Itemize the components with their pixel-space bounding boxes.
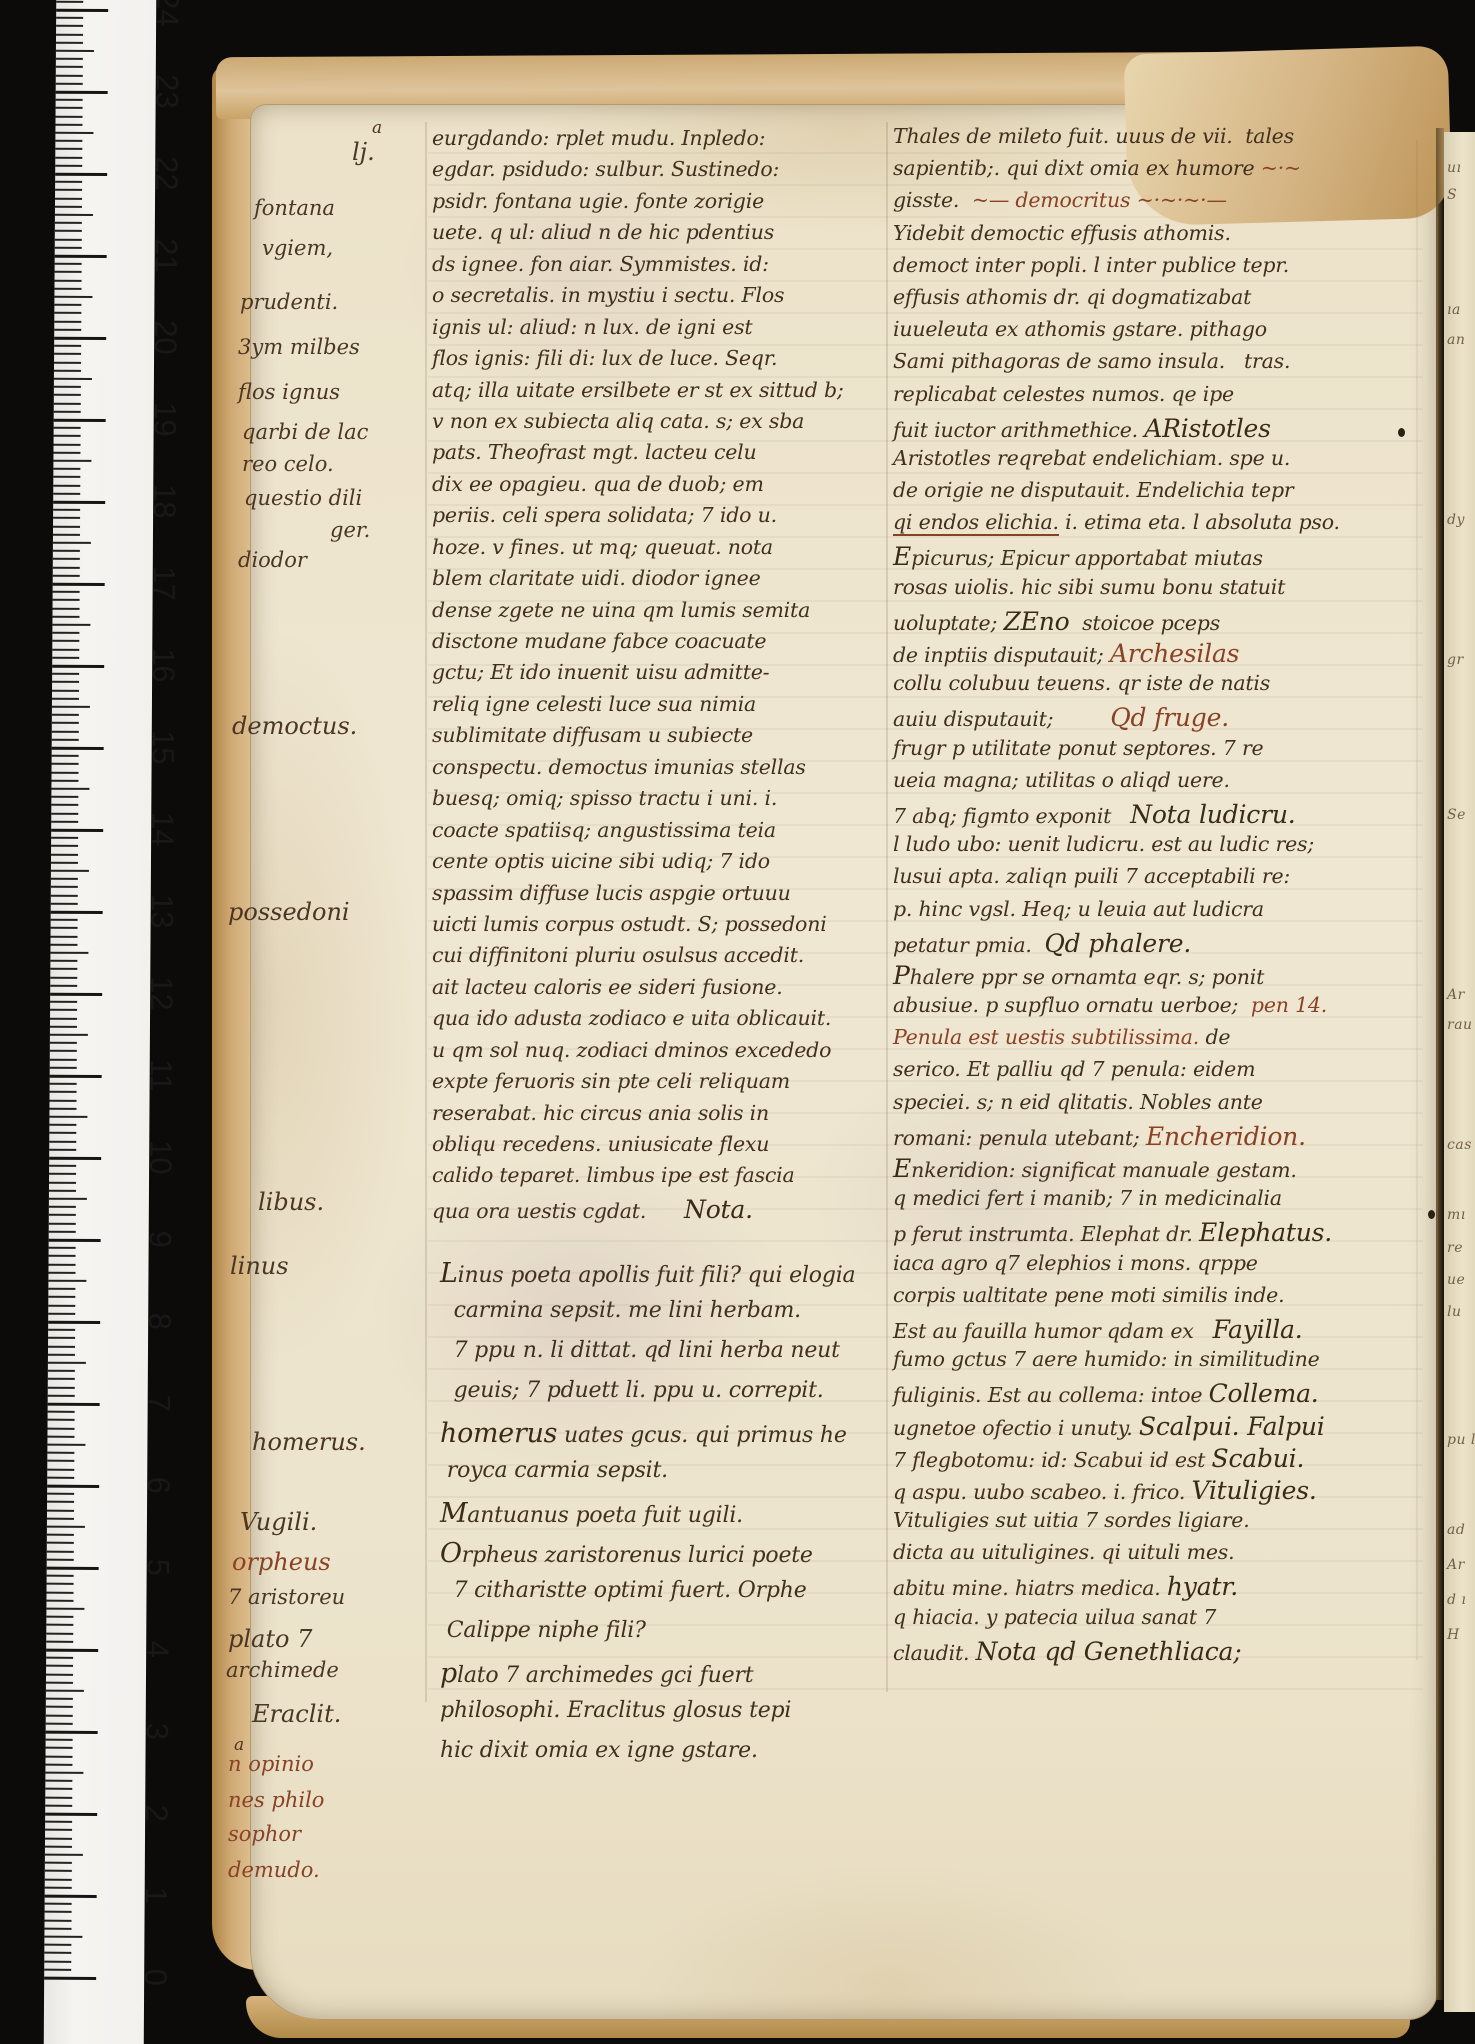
ruler-number: 11 [141,1052,181,1098]
ruler-tick [46,1665,73,1667]
ruler-tick [48,1378,75,1380]
ruler-tick [52,615,79,617]
manuscript-line: iaca agro q7 elephios i mons. qrppe [893,1251,1428,1283]
manuscript-text-segment: ugnetoe ofectio i unuty. [893,1416,1139,1440]
ruler-tick [45,1796,72,1798]
manuscript-text-segment: Nota. [684,1195,753,1224]
manuscript-text-segment: calido teparet. limbus ipe est fascia [432,1163,795,1187]
ruler-tick [48,1304,75,1306]
ruler-tick [54,345,81,347]
ruler-tick [56,115,83,117]
manuscript-line: dicta au uituligines. qi uituli mes. [893,1540,1428,1572]
manuscript-line: carmina sepsit. me lini herbam. [440,1298,892,1338]
ruler-tick [52,738,79,740]
manuscript-text-segment: E [893,1154,911,1183]
manuscript-text-segment: stoicoe pceps [1069,611,1220,635]
manuscript-text-segment: Elephatus. [1199,1218,1332,1247]
ruler-tick [55,206,82,208]
manuscript-text-segment: lato 7 archimedes gci fuert [457,1663,753,1688]
ruler-number: 20 [145,314,185,360]
ruler-tick [54,427,81,429]
manuscript-text-segment: claudit. [893,1641,976,1665]
manuscript-line: Thales de mileto fuit. uuus de vii. tale… [893,124,1428,156]
manuscript-line: p. hinc vgsl. Heq; u leuia aut ludicra [893,897,1428,929]
manuscript-line: ugnetoe ofectio i unuty. Scalpui. Falpui [893,1412,1428,1444]
manuscript-line: Calippe niphe fili? [440,1618,892,1658]
manuscript-text-segment: uates gcus. qui primus he [557,1423,847,1448]
ruler-tick [46,1739,73,1741]
edge-text-fragment: Se [1447,807,1466,823]
ruler-tick [50,960,77,962]
ruler-tick [53,574,80,576]
manuscript-line: qua ido adusta zodiaco e uita oblicauit. [432,1006,888,1037]
ruler-tick [48,1329,75,1331]
text-column-left-lower: Linus poeta apollis fuit fili? qui elogi… [440,1258,892,1778]
manuscript-text-segment: fumo gctus 7 aere humido: in similitudin… [893,1347,1320,1371]
edge-text-fragment: re [1447,1240,1463,1256]
ruler-tick [53,468,80,470]
manuscript-text-segment: corpis ualtitate pene moti similis inde. [893,1283,1284,1307]
manuscript-line: eurgdando: rplet mudu. Inpledo: [432,126,888,157]
ruler-tick [52,624,90,626]
manuscript-line: plato 7 archimedes gci fuert [440,1658,892,1698]
manuscript-line: 7 ppu n. li dittat. qd lini herba neut [440,1338,892,1378]
manuscript-text-segment: 7 flegbotomu: id: Scabui id est [893,1448,1212,1472]
ruler-tick [47,1493,74,1495]
ruler-tick [53,460,91,462]
margin-gloss: democtus. [232,712,357,740]
ruler-number: 18 [144,478,184,524]
manuscript-text-segment: periis. celi spera solidata; 7 ido u. [432,503,777,527]
ruler-tick [48,1394,75,1396]
manuscript-text-segment: iuueleuta ex athomis gstare. pithago [893,317,1267,341]
margin-gloss: 3ym milbes [238,335,360,359]
ruler-number: 7 [139,1380,179,1426]
ruler-tick [48,1280,86,1282]
edge-text-fragment: ue [1447,1272,1465,1288]
manuscript-text-segment: ueia magna; utilitas o aliqd uere. [893,768,1230,792]
ruler-tick [53,566,80,568]
ruler-tick [47,1591,74,1593]
ruler-tick [52,673,79,675]
ruler-tick [51,919,78,921]
ruler-number: 8 [139,1298,179,1344]
ruler-tick [53,591,80,593]
manuscript-line: de inptiis disputauit; Archesilas [893,639,1428,671]
ruler-number: 2 [136,1790,176,1836]
manuscript-text-segment: cente optis uicine sibi udiq; 7 ido [432,849,770,873]
manuscript-line: v non ex subiecta aliq cata. s; ex sba [432,409,888,440]
manuscript-text-segment: q aspu. uubo scabeo. i. frico. [893,1480,1191,1504]
manuscript-line: q aspu. uubo scabeo. i. frico. Vituligie… [893,1476,1428,1508]
manuscript-text-segment: nkeridion: significat manuale gestam. [911,1158,1297,1182]
ruler-tick [53,493,80,495]
manuscript-text-segment: antuanus poeta fuit ugili. [467,1503,743,1528]
manuscript-text-segment: hic dixit omia ex igne gstare. [440,1738,758,1763]
margin-gloss: homerus. [252,1428,366,1456]
edge-text-fragment: uı [1447,160,1462,176]
ruler-number: 15 [143,724,183,770]
ruler-tick [46,1681,73,1683]
parchment-hole [1428,1210,1435,1219]
ruler-tick [52,681,79,683]
edge-text-fragment: lu [1447,1304,1462,1320]
ruler-tick [54,378,92,380]
ruler-tick [50,976,77,978]
ruler-tick [53,550,80,552]
ruler-tick [45,1813,97,1816]
ruler-tick [47,1583,74,1585]
manuscript-line: Vituligies sut uitia 7 sordes ligiare. [893,1508,1428,1540]
manuscript-line: Phalere ppr se ornamta eqr. s; ponit [893,961,1428,993]
ruler-tick [50,993,102,996]
ruler-tick [49,1124,76,1126]
manuscript-text-segment: picurus; Epicur apportabat miutas [911,546,1263,570]
manuscript-text-segment: Fayilla. [1213,1315,1303,1344]
ruler-tick [47,1509,74,1511]
ruler-tick [45,1870,72,1872]
manuscript-text-segment: de inptiis disputauit; [893,643,1110,667]
ruler-tick [55,173,107,176]
ruler-tick [55,124,82,126]
manuscript-line: Orpheus zaristorenus lurici poete [440,1538,892,1578]
manuscript-line: psidr. fontana ugie. fonte zorigie [432,189,888,220]
manuscript-text-segment: flos ignis: fili di: lux de luce. Seqr. [432,346,777,370]
manuscript-text-segment: abusiue. p supfluo ornatu uerboe; [893,993,1251,1017]
ruler-tick [52,714,79,716]
manuscript-text-segment: l ludo ubo: uenit ludicru. est au ludic … [893,832,1314,856]
manuscript-line: 7 flegbotomu: id: Scabui id est Scabui. [893,1444,1428,1476]
ruler-tick [53,599,80,601]
manuscript-line: gisste. ~— democritus ~·~·~·— [893,188,1428,220]
ruler-tick [55,214,93,216]
ruler-tick [47,1517,74,1519]
manuscript-text-segment: homerus [440,1418,557,1449]
ruler-tick [48,1337,75,1339]
ruler-tick [55,222,82,224]
manuscript-text-segment: uoluptate; [893,611,1003,635]
manuscript-text-segment: de [1199,1025,1230,1049]
manuscript-line: 7 abq; figmto exponit Nota ludicru. [893,800,1428,832]
manuscript-text-segment: o secretalis. in mystiu i sectu. Flos [432,283,784,307]
ruler-tick [55,132,93,134]
manuscript-line: philosophi. Eraclitus glosus tepi [440,1698,892,1738]
manuscript-line: ueia magna; utilitas o aliqd uere. [893,768,1428,800]
ruler-tick [49,1263,76,1265]
manuscript-text-segment: philosophi. Eraclitus glosus tepi [440,1698,791,1723]
manuscript-text-segment: Nota qd Genethliaca; [976,1637,1242,1666]
ruler-tick [47,1550,74,1552]
ruler-tick [45,1903,72,1905]
ruler-tick [44,1936,82,1938]
manuscript-line: abitu mine. hiatrs medica. hyatr. [893,1572,1428,1604]
ruler-tick [52,755,79,757]
edge-text-fragment: rau [1447,1017,1473,1033]
ruler-tick [49,1222,76,1224]
manuscript-text-segment: royca carmia sepsit. [440,1458,668,1483]
manuscript-line: cente optis uicine sibi udiq; 7 ido [432,849,888,880]
ruler-tick [50,1099,77,1101]
manuscript-text-segment: p [440,1658,457,1689]
ruler-tick [49,1165,76,1167]
ruler-tick [49,1116,87,1118]
manuscript-line: uicti lumis corpus ostudt. S; possedoni [432,912,888,943]
ruler-tick [54,435,81,437]
ruler-tick [51,902,78,904]
ruler-number: 16 [143,642,183,688]
ruler-tick [55,197,82,199]
ruler-number: 3 [137,1708,177,1754]
ruler-tick [53,534,80,536]
ruler-tick [44,1977,96,1980]
manuscript-text-segment: Scalpui. Falpui [1139,1412,1325,1441]
manuscript-line: reserabat. hic circus ania solis in [432,1101,888,1132]
ruler-number: 10 [140,1134,180,1180]
ruler-tick [45,1886,72,1888]
ruler-tick [46,1673,73,1675]
manuscript-text-segment: qua ido adusta zodiaco e uita oblicauit. [432,1006,831,1030]
manuscript-line: q hiacia. y patecia uilua sanat 7 [893,1605,1428,1637]
ruler-tick [44,1968,71,1970]
margin-gloss: ger. [330,518,370,542]
manuscript-text-segment: u qm sol nuq. zodiaci dminos excededo [432,1038,831,1062]
edge-text-fragment: Ar [1447,987,1465,1003]
manuscript-text-segment: dicta au uituligines. qi uituli mes. [893,1540,1234,1564]
ruler-tick [54,296,92,298]
text-column-right: Thales de mileto fuit. uuus de vii. tale… [893,124,1428,1669]
manuscript-line: Penula est uestis subtilissima. de [893,1025,1428,1057]
margin-gloss: demudo. [228,1858,320,1882]
ruler-tick [47,1452,74,1454]
ruler-tick [47,1476,74,1478]
manuscript-line: serico. Et palliu qd 7 penula: eidem [893,1057,1428,1089]
manuscript-text-segment: Aristotles reqrebat endelichiam. spe u. [893,446,1290,470]
manuscript-line: u qm sol nuq. zodiaci dminos excededo [432,1038,888,1069]
ruler-tick [53,484,80,486]
manuscript-text-segment: E [893,542,911,571]
edge-text-fragment: d ı [1447,1592,1466,1608]
manuscript-line: uoluptate; ZEno stoicoe pceps [893,607,1428,639]
ruler-tick [46,1722,73,1724]
ruler-tick [49,1230,76,1232]
margin-gloss: linus [230,1252,289,1280]
ruler-tick [51,870,89,872]
manuscript-text-segment: v non ex subiecta aliq cata. s; ex sba [432,409,804,433]
manuscript-line: geuis; 7 pduett li. ppu u. correpit. [440,1378,892,1418]
manuscript-text-segment: Calippe niphe fili? [440,1618,646,1643]
manuscript-text-segment: reliq igne celesti luce sua nimia [432,692,756,716]
manuscript-text-segment: M [440,1498,467,1529]
manuscript-line: rosas uiolis. hic sibi sumu bonu statuit [893,575,1428,607]
manuscript-text-segment: sapientib;. qui dixt omia ex humore [893,156,1261,180]
ruler-tick [53,517,80,519]
edge-text-fragment: ıa [1447,302,1461,318]
ruler-tick [55,279,82,281]
manuscript-text-segment: obliqu recedens. uniusicate flexu [432,1132,769,1156]
manuscript-line: uete. q ul: aliud n de hic pdentius [432,220,888,251]
ruler-tick [49,1247,76,1249]
manuscript-line: blem claritate uidi. diodor ignee [432,566,888,597]
ruler-tick [51,779,78,781]
ruler-number: 14 [142,806,182,852]
ruler-tick [46,1640,73,1642]
ruler-tick [46,1657,73,1659]
ruler-tick [53,509,80,511]
ruler: 0123456789101112131415161718192021222324 [44,0,157,2044]
manuscript-line: Linus poeta apollis fuit fili? qui elogi… [440,1258,892,1298]
ruler-tick [46,1698,73,1700]
next-page-sliver: uıSıaandygrSeArraucasmıreuelupu ladArd ı… [1444,132,1475,2012]
ruler-tick [44,1944,71,1946]
ruler-tick [48,1353,75,1355]
ruler-tick [53,525,80,527]
ruler-tick [45,1837,72,1839]
ruler-tick [51,812,78,814]
ruler-tick [47,1485,99,1488]
ruler-tick [48,1271,75,1273]
manuscript-text-segment: Vituligies. [1191,1476,1316,1505]
manuscript-line: Aristotles reqrebat endelichiam. spe u. [893,446,1428,478]
manuscript-line: hoze. v fines. ut mq; queuat. nota [432,535,888,566]
manuscript-text-segment: reserabat. hic circus ania solis in [432,1101,769,1125]
ruler-tick [53,452,80,454]
ruler-tick [46,1616,73,1618]
manuscript-line: claudit. Nota qd Genethliaca; [893,1637,1428,1669]
manuscript-text-segment: ~·~ [1261,156,1301,180]
manuscript-text-segment: replicabat celestes numos. qe ipe [893,382,1234,406]
ruler-tick [46,1755,73,1757]
ruler-tick [52,730,79,732]
ruler-tick [54,304,81,306]
manuscript-text-segment: uete. q ul: aliud n de hic pdentius [432,220,774,244]
ruler-tick [53,607,80,609]
manuscript-text-segment: hyatr. [1167,1572,1238,1601]
ruler-tick [51,788,89,790]
manuscript-line: expte feruoris sin pte celi reliquam [432,1069,888,1100]
manuscript-line: sublimitate diffusam u subiecte [432,723,888,754]
ruler-tick [47,1468,74,1470]
ruler-tick [52,722,79,724]
manuscript-text-segment: Scabui. [1212,1444,1305,1473]
manuscript-line: Yidebit democtic effusis athomis. [893,221,1428,253]
margin-gloss: possedoni [228,898,350,926]
ruler-tick [51,829,103,832]
ruler-tick [50,1025,77,1027]
ruler-tick [56,91,108,94]
manuscript-line: ds ignee. fon aiar. Symmistes. id: [432,252,888,283]
ruler-tick [50,1058,77,1060]
ruler-tick [46,1632,73,1634]
edge-text-fragment: ad [1447,1522,1465,1538]
ruler-number: 21 [146,232,186,278]
manuscript-text-segment: i. etima eta. l absoluta pso. [1059,510,1340,534]
ruler-tick [51,927,78,929]
ruler-tick [55,148,82,150]
manuscript-line: l ludo ubo: uenit ludicru. est au ludic … [893,832,1428,864]
ruler-tick [47,1526,85,1528]
margin-gloss: plato 7 [228,1625,312,1653]
manuscript-text-segment: Vituligies sut uitia 7 sordes ligiare. [893,1508,1250,1532]
text-column-left-upper: eurgdando: rplet mudu. Inpledo:egdar. ps… [432,126,888,1226]
manuscript-text-segment: sublimitate diffusam u subiecte [432,723,753,747]
ruler-tick [51,878,78,880]
ruler-tick [51,894,78,896]
ruler-tick [49,1189,76,1191]
ruler-tick [46,1706,73,1708]
manuscript-line: Enkeridion: significat manuale gestam. [893,1154,1428,1186]
ruler-tick [55,247,82,249]
manuscript-text-segment: Qd fruge. [1110,703,1229,732]
manuscript-line: abusiue. p supfluo ornatu uerboe; pen 14… [893,993,1428,1025]
margin-gloss: nes philo [228,1788,324,1812]
ruler-number: 12 [141,970,181,1016]
ruler-tick [53,542,91,544]
ruler-tick [44,1952,71,1954]
ruler-tick [52,656,79,658]
ruler-tick [54,419,106,422]
manuscript-text-segment: gctu; Et ido inuenit uisu admitte- [432,660,769,684]
margin-crease [425,122,427,1702]
manuscript-photo: 0123456789101112131415161718192021222324… [0,0,1475,2044]
manuscript-line: q medici fert i manib; 7 in medicinalia [893,1186,1428,1218]
ruler-tick [55,189,82,191]
ruler-tick [49,1239,101,1242]
ruler-tick [54,312,81,314]
manuscript-line: fuliginis. Est au collema: intoe Collema… [893,1379,1428,1411]
ruler-tick [55,255,107,258]
manuscript-text-segment: 7 citharistte optimi fuert. Orphe [440,1578,807,1603]
manuscript-text-segment: coacte spatiisq; angustissima teia [432,818,776,842]
ruler-tick [51,861,78,863]
ruler-tick [49,1132,76,1134]
ruler-tick [55,263,82,265]
ruler-tick [50,1034,88,1036]
manuscript-line: dense zgete ne uina qm lumis semita [432,598,888,629]
manuscript-line: hic dixit omia ex igne gstare. [440,1738,892,1778]
ruler-tick [51,820,78,822]
ruler-number: 4 [137,1626,177,1672]
ruler-tick [48,1427,75,1429]
ruler-tick [49,1181,76,1183]
manuscript-text-segment: Collema. [1209,1379,1319,1408]
margin-gloss: fontana [254,196,335,220]
ruler-number: 0 [135,1954,175,2000]
manuscript-text-segment: qua ora uestis cgdat. [432,1199,684,1223]
ruler-tick [54,329,81,331]
manuscript-line: de origie ne disputauit. Endelichia tepr [893,478,1428,510]
ruler-tick [49,1214,76,1216]
margin-gloss: prudenti. [240,290,338,314]
manuscript-text-segment: conspectu. democtus imunias stellas [432,755,806,779]
ruler-tick [50,984,77,986]
manuscript-text-segment: carmina sepsit. me lini herbam. [440,1298,801,1323]
manuscript-text-segment: Sami pithagoras de samo insula. [893,349,1244,373]
ruler-tick [46,1649,98,1652]
ruler-tick [47,1558,74,1560]
ruler-tick [51,935,78,937]
manuscript-line: frugr p utilitate ponut septores. 7 re [893,736,1428,768]
manuscript-text-segment: P [893,961,910,990]
manuscript-text-segment: hoze. v fines. ut mq; queuat. nota [432,535,773,559]
manuscript-text-segment: Yidebit democtic effusis athomis. [893,221,1231,245]
ruler-tick [54,394,81,396]
manuscript-text-segment: spassim diffuse lucis aspgie ortuuu [432,881,791,905]
manuscript-text-segment: fuliginis. Est au collema: intoe [893,1383,1209,1407]
manuscript-line: flos ignis: fili di: lux de luce. Seqr. [432,346,888,377]
ruler-tick [50,943,77,945]
ruler-tick [55,140,82,142]
ruler-tick [51,796,78,798]
